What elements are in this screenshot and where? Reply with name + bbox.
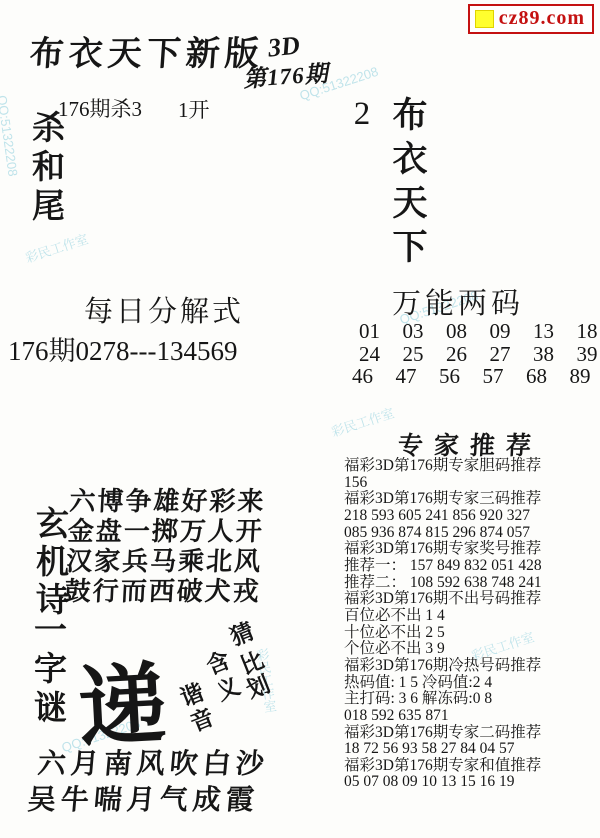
kill-open-result: 1开: [178, 94, 210, 124]
expert-line: 推荐二： 108 592 638 748 241: [344, 575, 600, 592]
mystery-poem-lines: 六博争雄好彩来金盘一掷万人开汉家兵马乘北风鼓行而西破犬戎: [64, 487, 266, 607]
two-codes-title: 万能两码: [392, 281, 524, 322]
expert-line: 018 592 635 871: [344, 708, 600, 725]
bottom-couplet-line1: 六月南风吹白沙: [36, 742, 271, 782]
expert-line: 18 72 56 93 58 27 84 04 57: [344, 741, 600, 758]
watermark: 彩民工作室: [329, 402, 397, 440]
expert-line: 推荐一： 157 849 832 051 428: [344, 558, 600, 575]
daily-formula-title: 每日分解式: [84, 289, 244, 330]
site-badge[interactable]: cz89.com: [468, 4, 594, 34]
bottom-couplet-line2: 吴牛喘月气成霞: [26, 778, 261, 818]
mystery-poem-line: 六博争雄好彩来: [69, 487, 267, 517]
expert-lines: 福彩3D第176期专家胆码推荐156福彩3D第176期专家三码推荐218 593…: [344, 458, 600, 791]
expert-line: 个位必不出 3 9: [344, 641, 600, 658]
expert-line: 福彩3D第176期专家奖号推荐: [344, 541, 600, 558]
issue-label: 第176期: [242, 55, 330, 94]
expert-line: 福彩3D第176期专家胆码推荐: [344, 458, 600, 475]
kill-sum-tail-label: 杀和尾: [22, 110, 69, 250]
expert-line: 福彩3D第176期专家和值推荐: [344, 758, 600, 775]
expert-line: 十位必不出 2 5: [344, 625, 600, 642]
brand-text: 布衣天下: [388, 96, 427, 272]
brand-vertical: 布衣天下2: [342, 96, 432, 286]
riddle-title: 一字谜: [24, 612, 71, 732]
yellow-square-icon: [475, 10, 494, 28]
expert-line: 热码值: 1 5 冷码值:2 4: [344, 675, 600, 692]
expert-line: 主打码: 3 6 解冻码:0 8: [344, 691, 600, 708]
kill-number-line: 176期杀3: [58, 93, 142, 123]
expert-line: 福彩3D第176期冷热号码推荐: [344, 658, 600, 675]
expert-line: 218 593 605 241 856 920 327: [344, 508, 600, 525]
riddle-hint-char: 义: [211, 668, 245, 707]
mystery-poem-line: 汉家兵马乘北风: [65, 547, 263, 577]
expert-line: 085 936 874 815 296 874 057: [344, 525, 600, 542]
page-title: 布衣天下新版: [28, 26, 265, 75]
expert-line: 福彩3D第176期专家三码推荐: [344, 491, 600, 508]
riddle-hint-char: 音: [185, 699, 219, 738]
expert-line: 百位必不出 1 4: [344, 608, 600, 625]
mystery-poem-line: 金盘一掷万人开: [67, 517, 265, 547]
expert-line: 156: [344, 475, 600, 492]
expert-line: 05 07 08 09 10 13 15 16 19: [344, 774, 600, 791]
daily-formula-value: 176期0278---134569: [8, 329, 237, 368]
mystery-poem-line: 鼓行而西破犬戎: [64, 577, 262, 607]
site-domain[interactable]: cz89.com: [499, 7, 585, 30]
brand-number: 2: [344, 96, 380, 141]
two-codes-row: 01 03 08 09 13 18 19?: [352, 320, 594, 343]
expert-line: 福彩3D第176期专家二码推荐: [344, 725, 600, 742]
two-codes-row: 24 25 26 27 38 39 45?: [352, 343, 594, 366]
buyi-tianxia-sheet: 彩民工作室 QQ:51322208 QQ:51322208 彩民工作室 QQ:5…: [0, 0, 600, 838]
two-codes-rows: 01 03 08 09 13 18 19?24 25 26 27 38 39 4…: [352, 320, 594, 388]
watermark: QQ:51322208: [0, 94, 21, 177]
riddle-hint-char: 划: [241, 666, 275, 705]
two-codes-row: 46 47 56 57 68 89: [352, 365, 594, 388]
expert-line: 福彩3D第176期不出号码推荐: [344, 591, 600, 608]
